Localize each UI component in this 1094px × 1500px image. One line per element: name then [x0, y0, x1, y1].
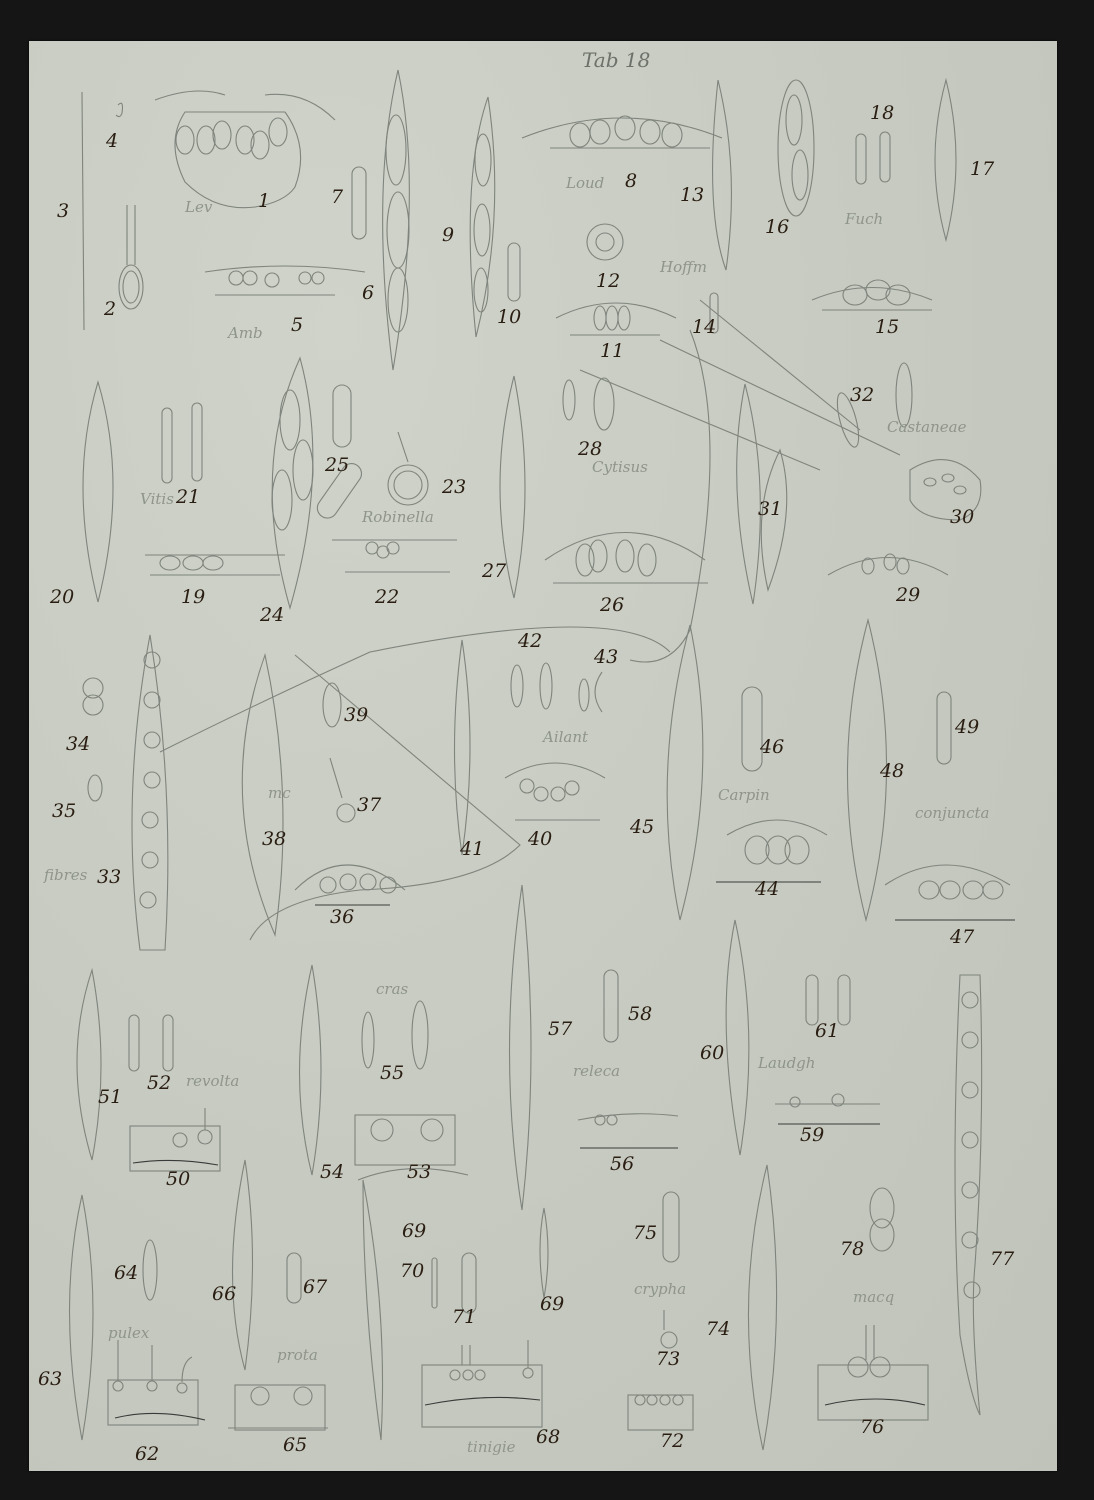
fig-33-ascus: [132, 635, 168, 950]
fig-78-spore: [870, 1188, 894, 1251]
fig-65-section: [228, 1385, 328, 1430]
pencil-note: Robinella: [362, 510, 434, 525]
fig-34-spore: [83, 678, 103, 715]
fig-24-ascus: [272, 358, 313, 608]
figure-label: 32: [850, 386, 874, 405]
figure-label: 11: [600, 342, 624, 361]
pencil-note: Carpin: [718, 788, 770, 803]
figure-label: 60: [700, 1044, 724, 1063]
fig-72-section: [628, 1395, 693, 1430]
figure-label: 6: [362, 284, 374, 303]
fig-23-ascus-round: [388, 432, 428, 505]
fig-77-ascus-chain: [955, 975, 982, 1415]
figure-label: 45: [630, 818, 654, 837]
figure-label: 50: [166, 1170, 190, 1189]
figure-label: 31: [758, 500, 782, 519]
figure-label: 10: [497, 308, 521, 327]
figure-label: 67: [303, 1278, 327, 1297]
figure-label: 44: [755, 880, 779, 899]
fig-29-section: [828, 554, 948, 575]
figure-label: 38: [262, 830, 286, 849]
fig-43-spore: [579, 672, 602, 712]
figure-label: 58: [628, 1005, 652, 1024]
fig-15-section: [812, 280, 932, 310]
pencil-note: Loud: [566, 176, 604, 191]
fig-76-section: [818, 1325, 928, 1420]
pencil-drawings: [0, 0, 1094, 1500]
fig-40-section: [505, 763, 605, 820]
figure-label: 74: [706, 1320, 730, 1339]
fig-11-section: [556, 303, 676, 335]
figure-label: 3: [57, 202, 69, 221]
fig-60-ascus: [726, 920, 749, 1155]
figure-label: 24: [260, 606, 284, 625]
figure-label: 9: [442, 226, 454, 245]
figure-label: 49: [955, 718, 979, 737]
figure-label: 14: [692, 318, 716, 337]
fig-6-ascus: [383, 70, 410, 370]
figure-label: 29: [896, 586, 920, 605]
fig-63-ascus: [70, 1195, 94, 1440]
figure-label: 51: [98, 1088, 122, 1107]
figure-label: 20: [50, 588, 74, 607]
figure-label: 12: [596, 272, 620, 291]
fig-51-ascus: [77, 970, 101, 1160]
fig-73-ascus: [661, 1310, 677, 1348]
figure-label: 61: [815, 1022, 839, 1041]
pencil-note: pulex: [108, 1326, 149, 1341]
figure-label: 53: [407, 1163, 431, 1182]
figure-label: 21: [176, 488, 200, 507]
figure-label: 75: [633, 1224, 657, 1243]
pencil-note: Laudgh: [758, 1056, 815, 1071]
fig-44-section: [716, 820, 827, 882]
pencil-note: mc: [268, 786, 291, 801]
figure-label: 26: [600, 596, 624, 615]
figure-label: 54: [320, 1163, 344, 1182]
fig-49-spore: [937, 692, 951, 764]
fig-2-ascus-stalked: [119, 205, 143, 309]
pencil-note: releca: [573, 1064, 620, 1079]
pencil-note: Ailant: [543, 730, 588, 745]
fig-70-ascus: [363, 1180, 383, 1440]
figure-label: 5: [291, 316, 303, 335]
pencil-note: tinigie: [467, 1440, 516, 1455]
pencil-note: Lev: [185, 200, 212, 215]
figure-label: 27: [482, 562, 506, 581]
figure-label: 28: [578, 440, 602, 459]
fig-54-ascus: [300, 965, 322, 1175]
figure-label: 17: [970, 160, 994, 179]
fig-7-spore: [352, 167, 366, 239]
figure-label: 46: [760, 738, 784, 757]
pencil-note: Fuch: [845, 212, 883, 227]
figure-label: 70: [400, 1262, 424, 1281]
fig-64-spore: [143, 1240, 157, 1300]
figure-label: 43: [594, 648, 618, 667]
figure-label: 33: [97, 868, 121, 887]
fig-41-ascus: [455, 640, 471, 855]
figure-label: 59: [800, 1126, 824, 1145]
pencil-note: cras: [376, 982, 408, 997]
fig-55-spores: [362, 1001, 428, 1069]
fig-50-section: [130, 1108, 220, 1171]
figure-label: 30: [950, 508, 974, 527]
fig-62-section: [108, 1340, 205, 1425]
figure-label: 48: [880, 762, 904, 781]
fig-28-spores: [563, 378, 614, 430]
fig-10-spore: [508, 243, 520, 301]
fig-59-section: [775, 1094, 880, 1124]
figure-label: 19: [181, 588, 205, 607]
fig-4-spore: [116, 103, 123, 116]
fig-12-rosette: [587, 224, 623, 260]
fig-61-spores: [806, 975, 850, 1025]
fig-22-section: [332, 540, 457, 572]
fig-18-spores: [856, 132, 890, 184]
fig-74-ascus: [748, 1165, 776, 1450]
fig-47-section: [885, 865, 1015, 920]
pencil-note: Vitis: [140, 492, 174, 507]
fig-75-spore: [663, 1192, 679, 1262]
figure-label: 1: [258, 192, 270, 211]
figure-label: 16: [765, 218, 789, 237]
fig-3-hypha: [82, 92, 84, 330]
fig-42-spores: [511, 663, 552, 709]
fig-68-section: [422, 1340, 542, 1427]
figure-label: 7: [331, 188, 343, 207]
figure-label: 66: [212, 1285, 236, 1304]
figure-label: 65: [283, 1436, 307, 1455]
figure-label: 37: [357, 796, 381, 815]
fig-39-spore: [323, 683, 341, 727]
figure-label: 35: [52, 802, 76, 821]
figure-label: 64: [114, 1264, 138, 1283]
figure-label: 63: [38, 1370, 62, 1389]
fig-19-section: [145, 555, 285, 575]
figure-label: 42: [518, 632, 542, 651]
fig-1-perithecium-section: [155, 91, 335, 208]
fig-45-ascus: [667, 625, 703, 920]
long-pencil-lines: [580, 300, 900, 662]
fig-31-ascus: [737, 384, 787, 604]
figure-label: 8: [625, 172, 637, 191]
figure-label: 77: [990, 1250, 1014, 1269]
fig-20-ascus: [83, 382, 113, 602]
fig-57-ascus: [510, 885, 532, 1210]
figure-label: 71: [452, 1308, 476, 1327]
figure-label: 72: [660, 1432, 684, 1451]
figure-label: 4: [106, 132, 118, 151]
figure-label: 55: [380, 1064, 404, 1083]
figure-label: 41: [460, 840, 484, 859]
pencil-note: prota: [277, 1348, 318, 1363]
figure-label: 15: [875, 318, 899, 337]
pencil-note: conjuncta: [915, 806, 989, 821]
figure-label: 62: [135, 1445, 159, 1464]
fig-37-ascus-round: [330, 758, 355, 822]
fig-13-ascus: [713, 80, 732, 270]
pencil-note: Castaneae: [887, 420, 966, 435]
pencil-note: fibres: [44, 868, 87, 883]
figure-label: 69: [402, 1222, 426, 1241]
figure-label: 13: [680, 186, 704, 205]
fig-9-ascus: [470, 97, 495, 337]
pencil-note: Amb: [228, 326, 263, 341]
figure-label: 68: [536, 1428, 560, 1447]
fig-21-spores: [162, 403, 202, 483]
guide-curves: [160, 627, 670, 940]
figure-label: 36: [330, 908, 354, 927]
pencil-note: Cytisus: [592, 460, 648, 475]
fig-5-section: [205, 266, 365, 295]
fig-56-section: [578, 1114, 678, 1148]
figure-label: 57: [548, 1020, 572, 1039]
figure-label: 69: [540, 1295, 564, 1314]
fig-26-section: [545, 533, 708, 584]
pencil-note: Hoffm: [660, 260, 707, 275]
fig-32-spores: [833, 363, 912, 449]
figure-label: 47: [950, 928, 974, 947]
figure-label: 2: [104, 300, 116, 319]
figure-label: 73: [656, 1350, 680, 1369]
pencil-note: macq: [853, 1290, 894, 1305]
figure-label: 40: [528, 830, 552, 849]
fig-69-ascus: [540, 1208, 548, 1298]
plate-title: Tab 18: [582, 48, 650, 72]
fig-8-section: [522, 116, 722, 148]
figure-label: 78: [840, 1240, 864, 1259]
fig-35-spore: [88, 775, 102, 801]
pencil-note: revolta: [186, 1074, 239, 1089]
fig-16-ascus: [778, 80, 814, 216]
figure-label: 34: [66, 735, 90, 754]
figure-label: 52: [147, 1074, 171, 1093]
figure-label: 39: [344, 706, 368, 725]
figure-label: 22: [375, 588, 399, 607]
fig-52-spores: [129, 1015, 173, 1071]
fig-66-ascus: [233, 1160, 253, 1370]
figure-label: 56: [610, 1155, 634, 1174]
fig-46-spore: [742, 687, 762, 771]
figure-label: 76: [860, 1418, 884, 1437]
fig-17-ascus: [935, 80, 956, 240]
fig-58-spore: [604, 970, 618, 1042]
figure-label: 23: [442, 478, 466, 497]
fig-67-spore: [287, 1253, 301, 1303]
fig-71-spores: [432, 1253, 476, 1313]
pencil-note: crypha: [634, 1282, 686, 1297]
figure-label: 25: [325, 456, 349, 475]
figure-label: 18: [870, 104, 894, 123]
